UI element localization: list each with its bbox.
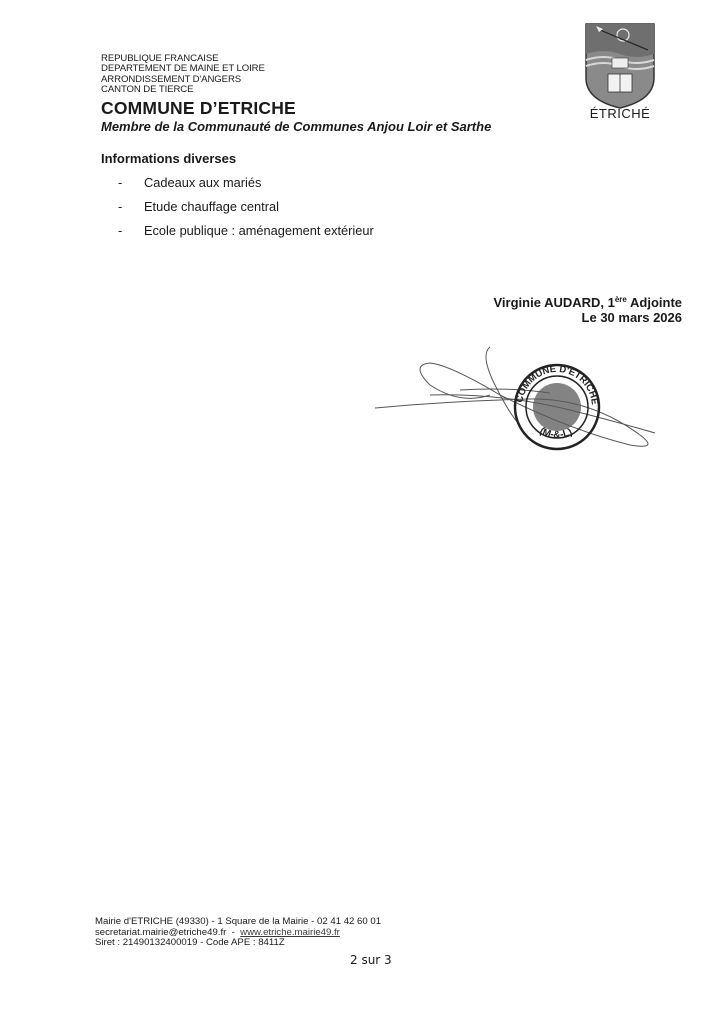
- bullet-dash: -: [118, 199, 144, 223]
- bullet-dash: -: [118, 175, 144, 199]
- footer-siret: Siret : 21490132400019 - Code APE : 8411…: [95, 938, 381, 949]
- signatory-role: Adjointe: [627, 295, 682, 310]
- footer-email[interactable]: secretariat.mairie@etriche49.fr: [95, 927, 226, 938]
- official-stamp-icon: COMMUNE D'ETRICHE (M-&-L): [514, 364, 600, 449]
- list-item: - Ecole publique : aménagement extérieur: [118, 223, 374, 247]
- list-item: - Etude chauffage central: [118, 199, 374, 223]
- crest-label: ÉTRICHÉ: [580, 106, 660, 121]
- signature-block: Virginie AUDARD, 1ère Adjointe Le 30 mar…: [494, 292, 683, 325]
- section-title: Informations diverses: [101, 151, 236, 166]
- list-item-text: Ecole publique : aménagement extérieur: [144, 223, 374, 247]
- signatory-name: Virginie AUDARD, 1: [494, 295, 615, 310]
- list-item-text: Cadeaux aux mariés: [144, 175, 261, 199]
- footer-separator: -: [226, 927, 240, 938]
- footer: Mairie d'ETRICHE (49330) - 1 Square de l…: [95, 917, 381, 949]
- list-item: - Cadeaux aux mariés: [118, 175, 374, 199]
- page-number: 2 sur 3: [350, 953, 392, 967]
- signature-and-stamp: COMMUNE D'ETRICHE (M-&-L): [370, 335, 670, 465]
- commune-title: COMMUNE D’ETRICHE: [101, 98, 296, 119]
- ordinal-suffix: ère: [615, 295, 627, 304]
- signature-date: Le 30 mars 2026: [494, 310, 683, 325]
- footer-website-link[interactable]: www.etriche.mairie49.fr: [240, 927, 340, 938]
- header-line: CANTON DE TIERCE: [101, 85, 265, 95]
- community-membership: Membre de la Communauté de Communes Anjo…: [101, 119, 491, 134]
- bullet-list: - Cadeaux aux mariés - Etude chauffage c…: [118, 175, 374, 247]
- signatory: Virginie AUDARD, 1ère Adjointe: [494, 292, 683, 310]
- list-item-text: Etude chauffage central: [144, 199, 279, 223]
- bullet-dash: -: [118, 223, 144, 247]
- signature-scribble: [375, 363, 648, 446]
- header-administrative-lines: REPUBLIQUE FRANCAISE DEPARTEMENT DE MAIN…: [101, 54, 265, 96]
